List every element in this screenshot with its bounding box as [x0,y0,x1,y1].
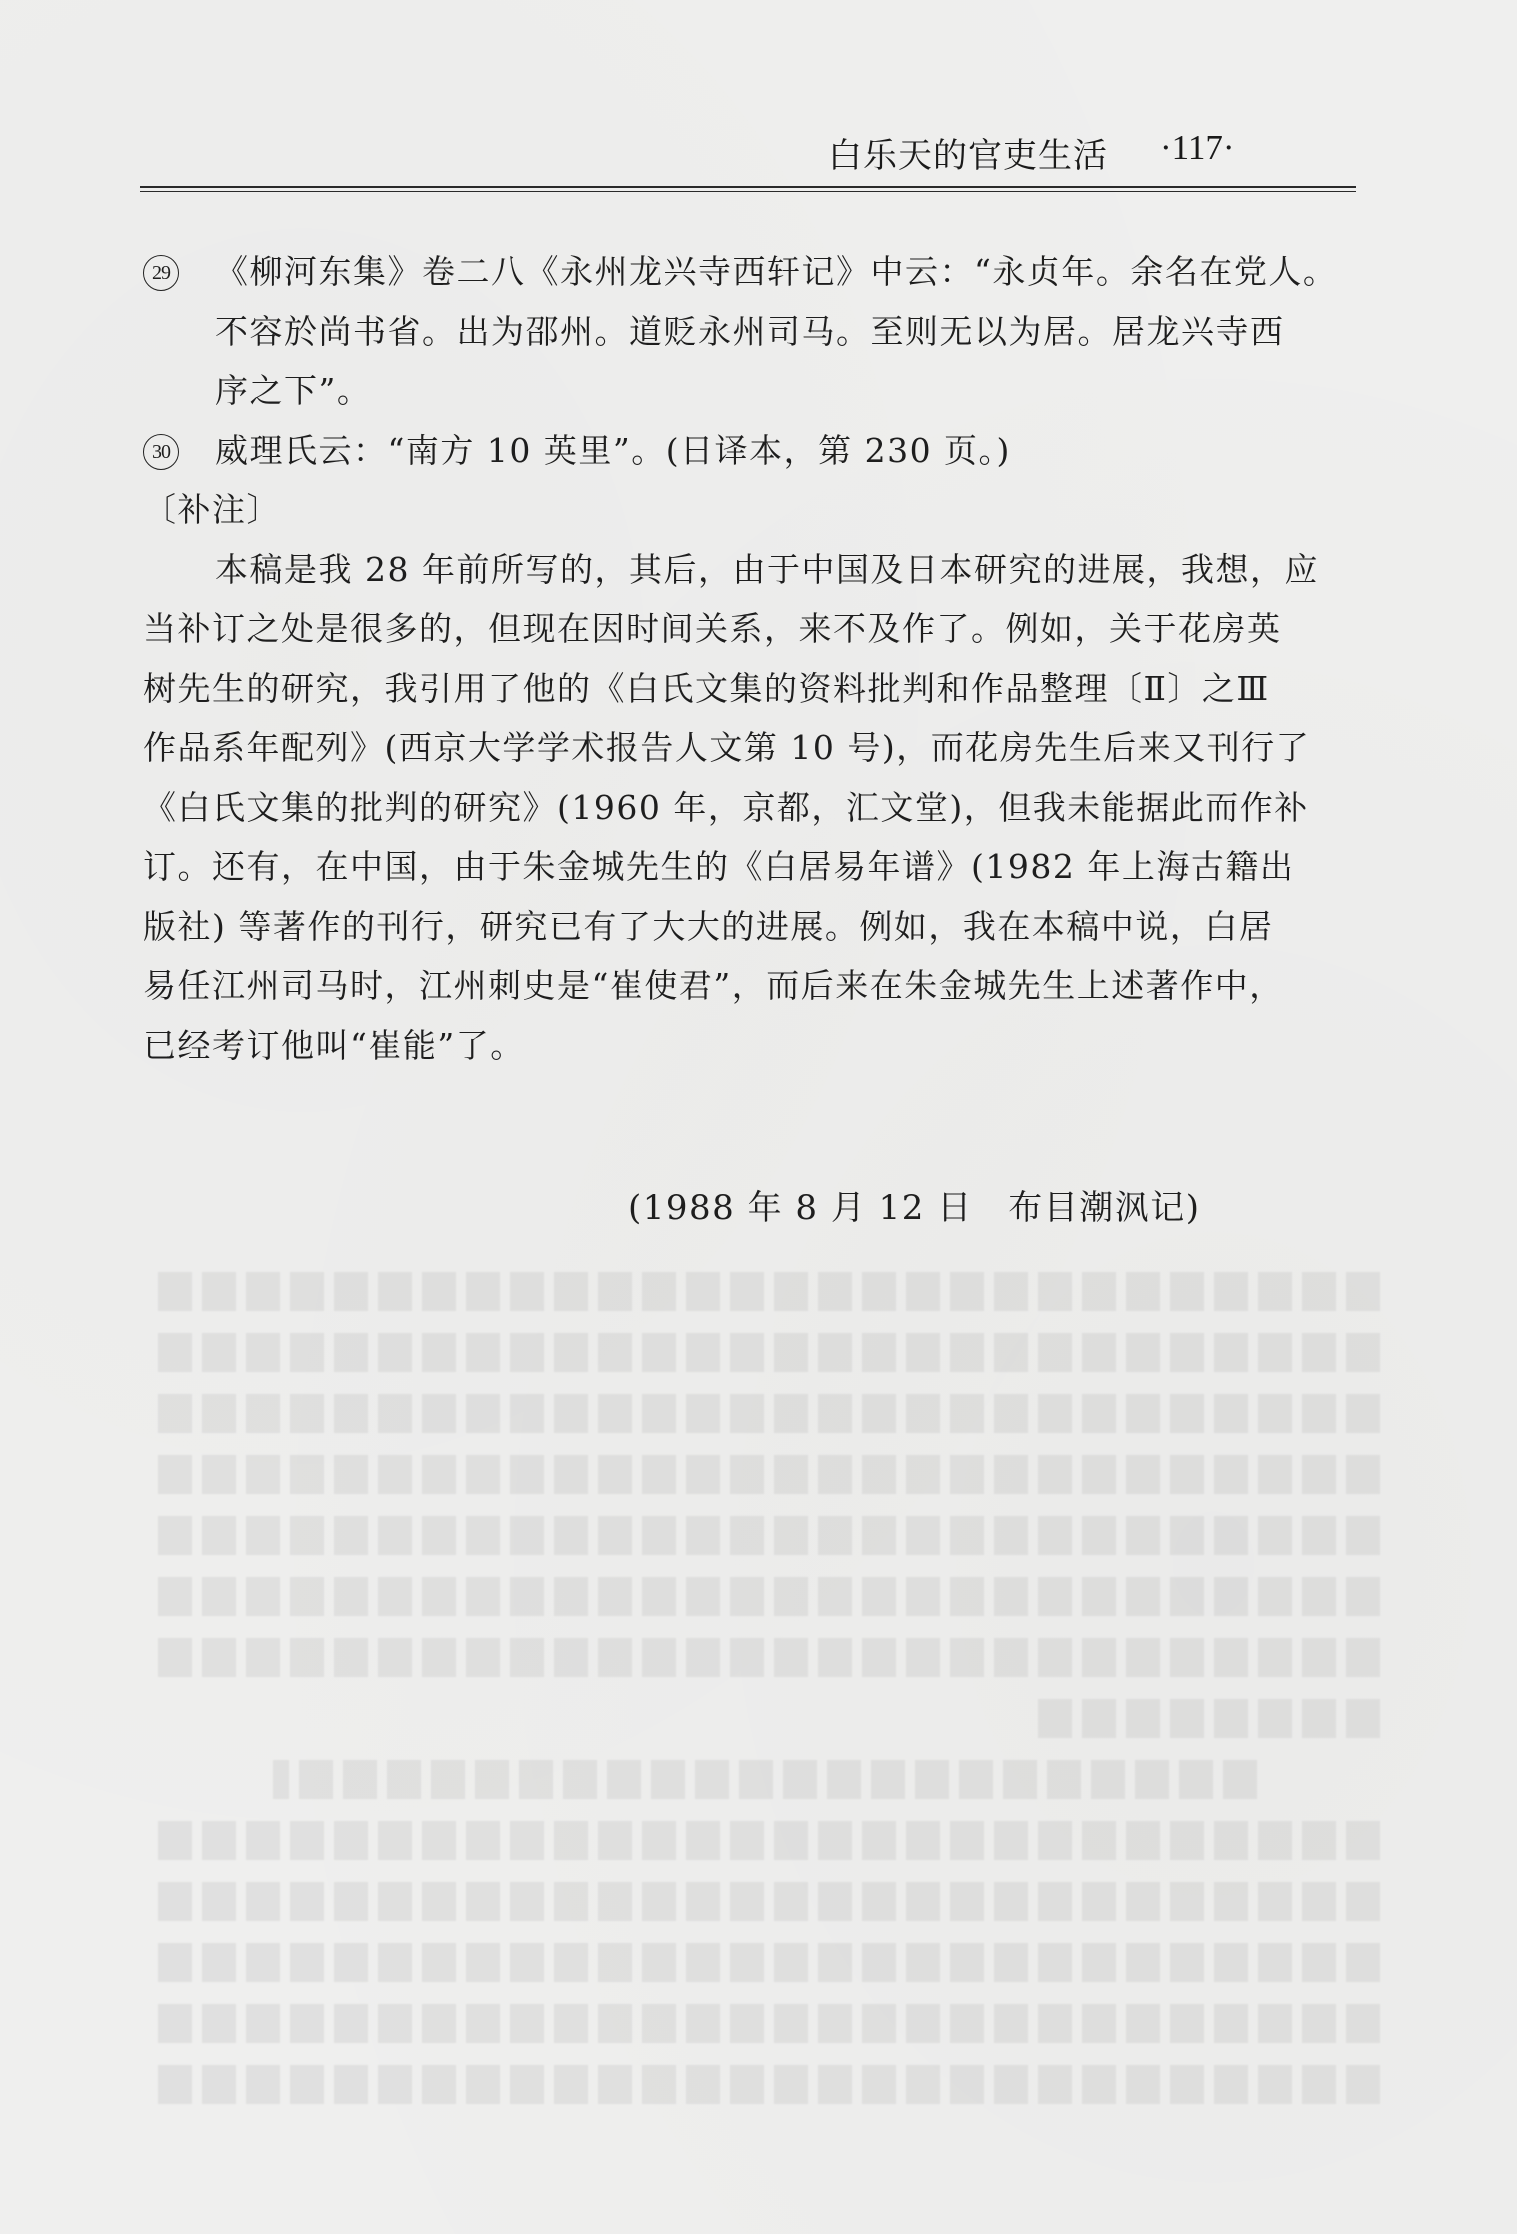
page-number: ·117· [1160,128,1235,168]
header-double-rule [140,186,1356,192]
note-number: 30 [143,423,215,483]
circled-number-29: 29 [143,255,179,291]
note-29-line-3: 序之下”。 [143,361,1363,421]
page-body: 29《柳河东集》卷二八《永州龙兴寺西轩记》中云：“永贞年。余名在党人。 不容於尚… [143,242,1363,1075]
supplement-line: 作品系年配列》(西京大学学术报告人文第 10 号)，而花房先生后来又刊行了 [143,718,1363,778]
note-text: 《柳河东集》卷二八《永州龙兴寺西轩记》中云：“永贞年。余名在党人。 [215,252,1337,291]
supplement-line: 当补订之处是很多的，但现在因时间关系，来不及作了。例如，关于花房英 [143,599,1363,659]
supplement-line: 树先生的研究，我引用了他的《白氏文集的资料批判和作品整理〔Ⅱ〕之Ⅲ [143,659,1363,719]
note-text: 威理氏云：“南方 10 英里”。(日译本，第 230 页。) [215,431,1011,470]
supplement-line: 本稿是我 28 年前所写的，其后，由于中国及日本研究的进展，我想，应 [143,540,1363,600]
running-header-title: 白乐天的官吏生活 [828,128,1108,177]
note-29-line-2: 不容於尚书省。出为邵州。道贬永州司马。至则无以为居。居龙兴寺西 [143,302,1363,362]
bleed-through-texture [150,1260,1380,2114]
running-header: 白乐天的官吏生活 ·117· [140,128,1356,168]
note-number: 29 [143,244,215,304]
supplement-line: 版社) 等著作的刊行，研究已有了大大的进展。例如，我在本稿中说，白居 [143,897,1363,957]
supplement-line: 已经考订他叫“崔能”了。 [143,1016,1363,1076]
signature-date-line: (1988 年 8 月 12 日 布目潮沨记) [628,1180,1201,1229]
supplement-line: 订。还有，在中国，由于朱金城先生的《白居易年谱》(1982 年上海古籍出 [143,837,1363,897]
supplement-heading: 〔补注〕 [143,480,1363,540]
note-29-line-1: 29《柳河东集》卷二八《永州龙兴寺西轩记》中云：“永贞年。余名在党人。 [143,242,1363,302]
circled-number-30: 30 [143,434,179,470]
supplement-line: 《白氏文集的批判的研究》(1960 年，京都，汇文堂)，但我未能据此而作补 [143,778,1363,838]
supplement-line: 易任江州司马时，江州刺史是“崔使君”，而后来在朱金城先生上述著作中， [143,956,1363,1016]
note-30-line-1: 30威理氏云：“南方 10 英里”。(日译本，第 230 页。) [143,421,1363,481]
